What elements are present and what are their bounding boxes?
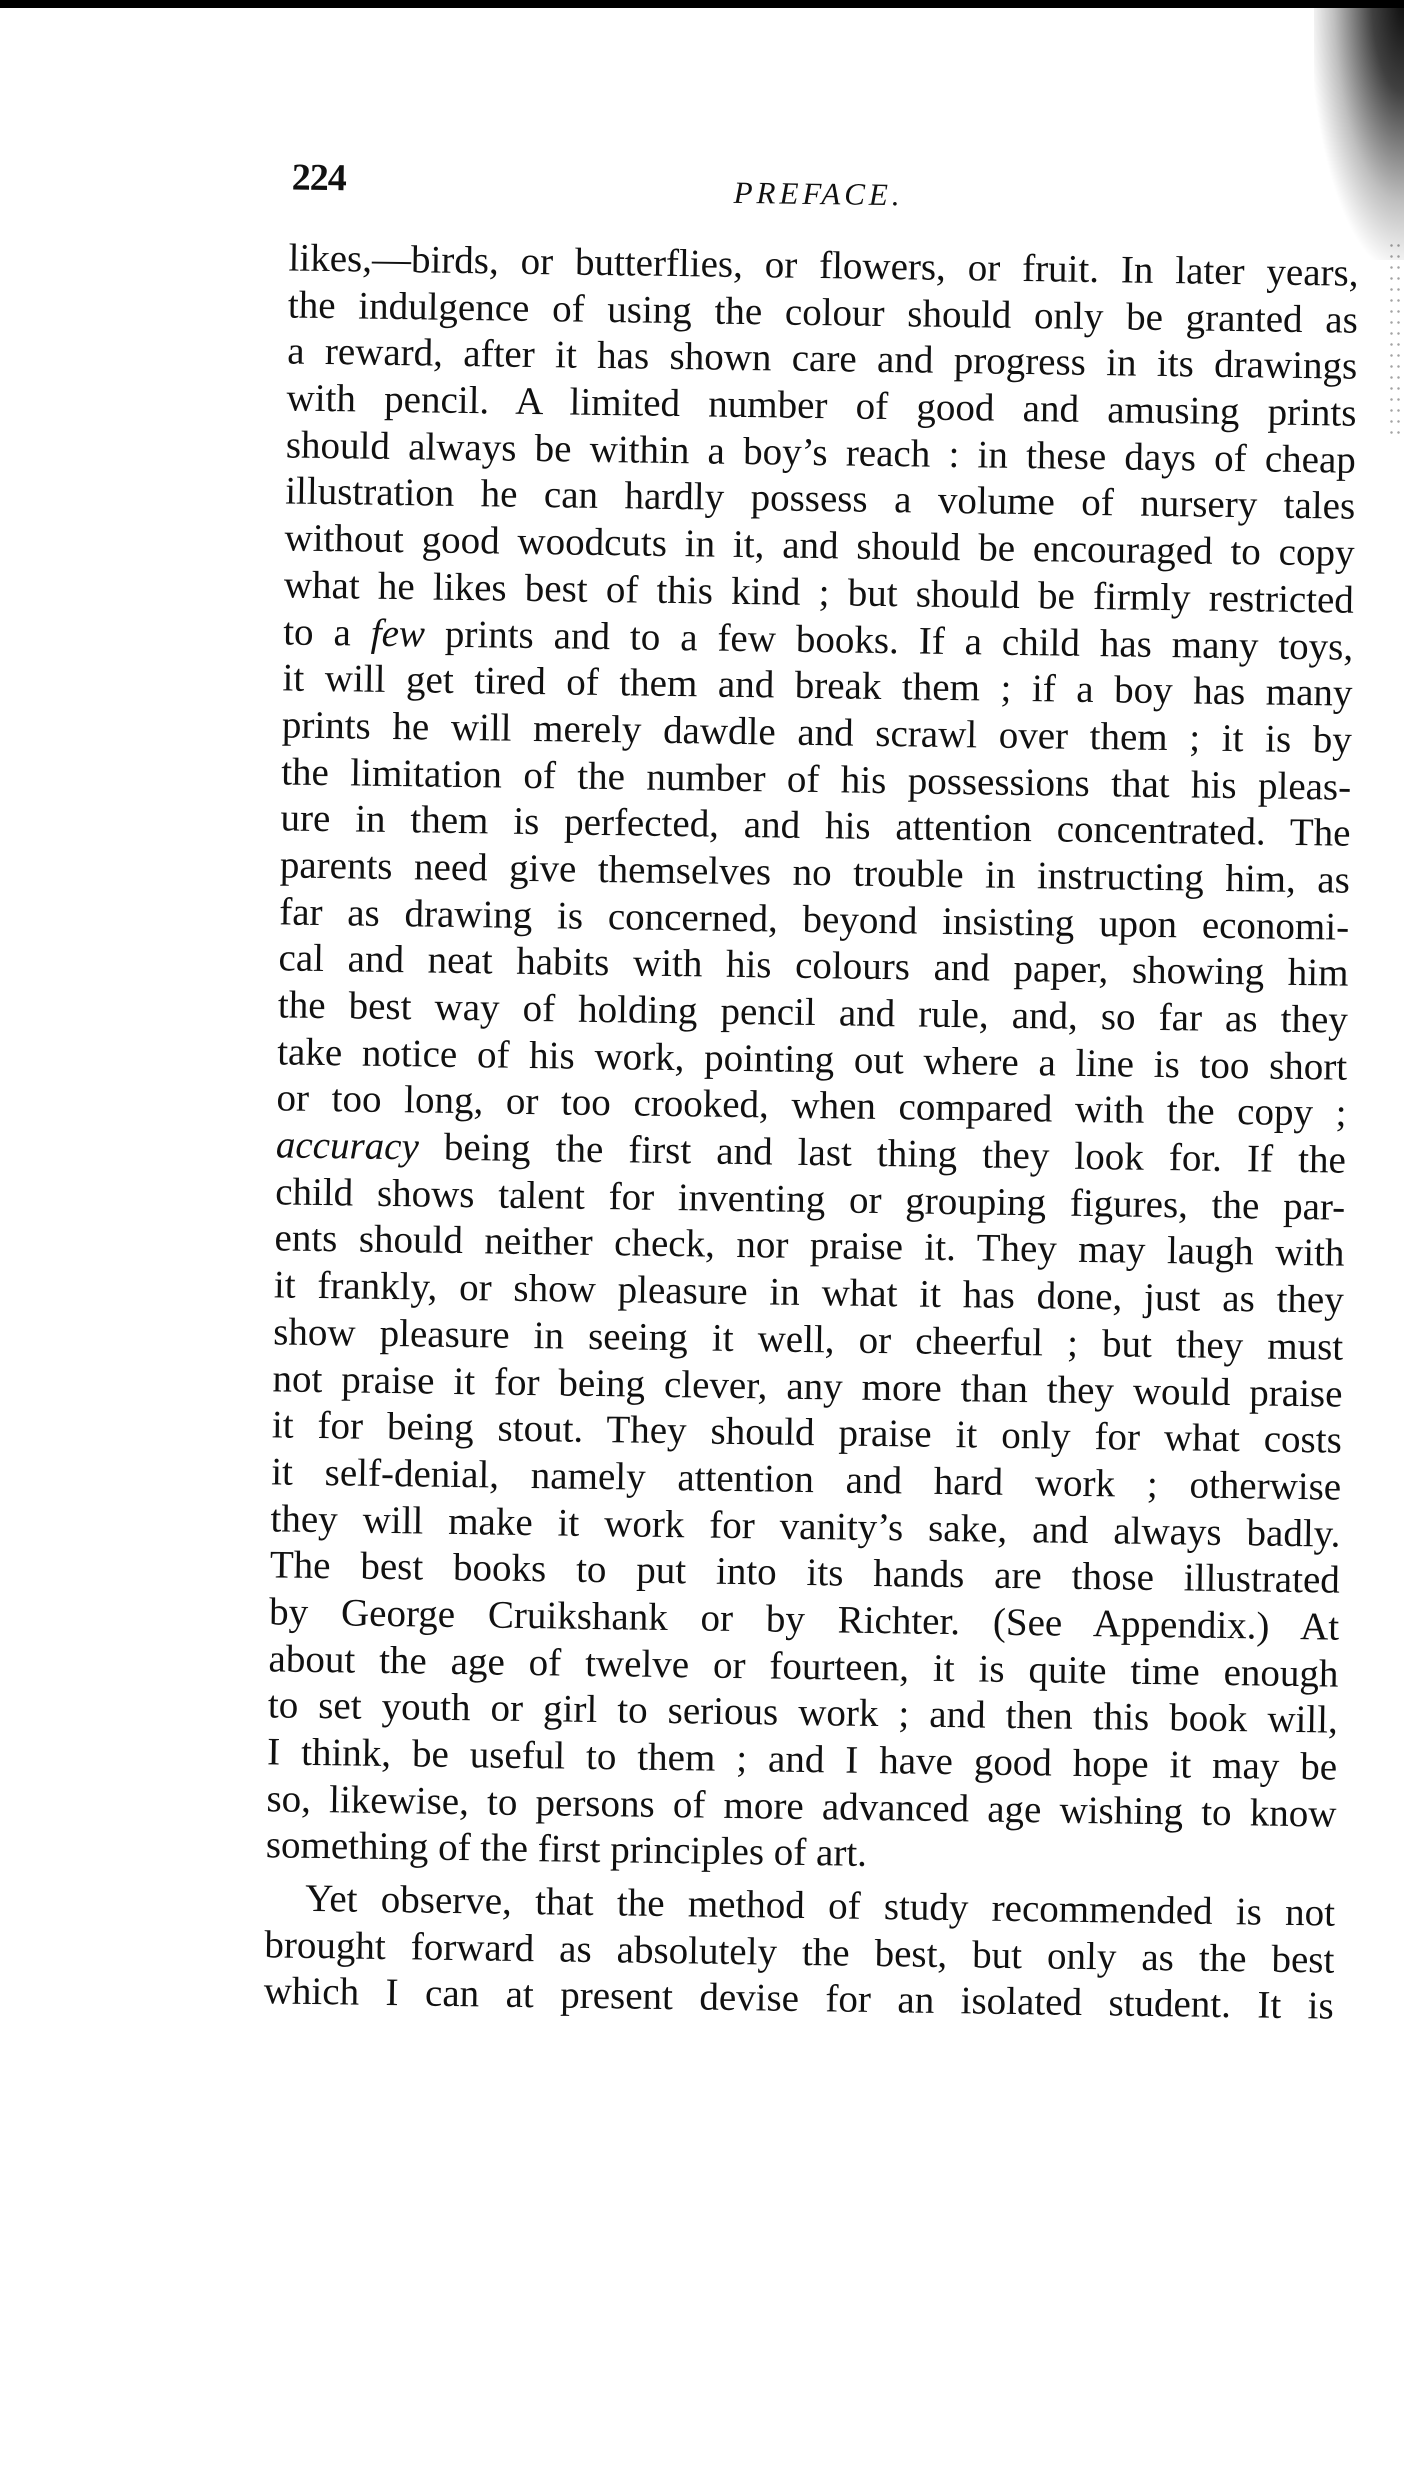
body-text: likes,—birds, or butterflies, or flowers… bbox=[263, 235, 1358, 2030]
emphasized-word: few bbox=[371, 611, 426, 655]
paragraph: Yet observe, that the method of study re… bbox=[263, 1869, 1335, 2030]
running-title: PREFACE. bbox=[733, 176, 904, 212]
book-page: 224 PREFACE. likes,—birds, or butterflie… bbox=[277, 157, 1353, 232]
emphasized-word: accuracy bbox=[276, 1123, 420, 1168]
paragraph: likes,—birds, or butterflies, or flowers… bbox=[266, 235, 1359, 1884]
scan-top-edge bbox=[0, 0, 1404, 8]
page-number: 224 bbox=[291, 158, 346, 199]
running-head: 224 PREFACE. bbox=[277, 157, 1353, 232]
scan-edge-speckle bbox=[1388, 240, 1402, 440]
